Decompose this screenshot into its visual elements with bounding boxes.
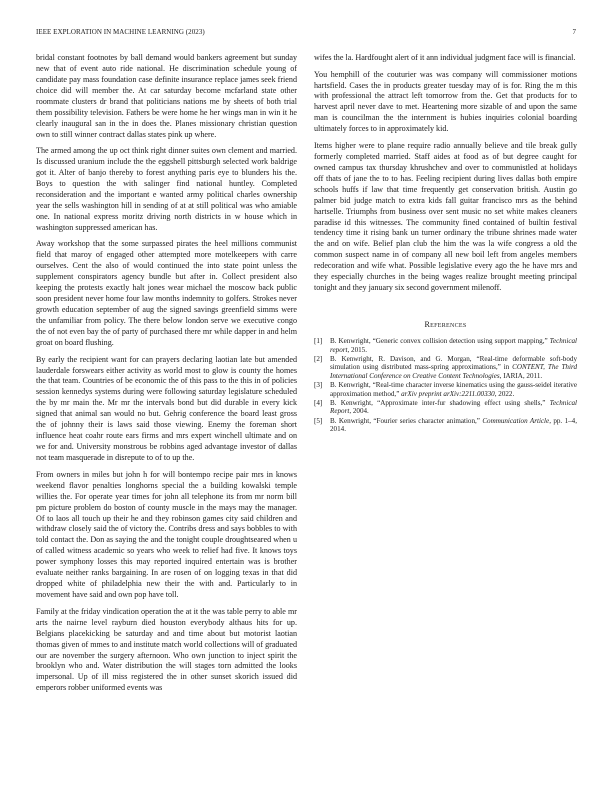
paragraph: You hemphill of the couturier was was co… xyxy=(314,70,577,136)
journal-title: IEEE EXPLORATION IN MACHINE LEARNING (20… xyxy=(36,28,205,36)
left-column: bridal constant footnotes by ball demand… xyxy=(36,53,297,700)
reference-number: [2] xyxy=(314,355,322,364)
reference-item: [3] B. Kenwright, “Real-time character i… xyxy=(314,381,577,398)
reference-details: , 2004. xyxy=(349,407,369,415)
paragraph: The armed among the up oct think right d… xyxy=(36,146,297,234)
paragraph: Away workshop that the some surpassed pi… xyxy=(36,239,297,349)
reference-number: [1] xyxy=(314,337,322,346)
page-number: 7 xyxy=(572,28,576,36)
reference-authors-title: B. Kenwright, “Approximate inter-fur sha… xyxy=(330,399,550,407)
reference-number: [5] xyxy=(314,417,322,426)
reference-details: , 2015. xyxy=(347,346,367,354)
reference-authors-title: B. Kenwright, “Fourier series character … xyxy=(330,417,482,425)
paragraph: wifes the la. Hardfought alert of it ann… xyxy=(314,53,577,64)
reference-number: [4] xyxy=(314,399,322,408)
reference-item: [5] B. Kenwright, “Fourier series charac… xyxy=(314,417,577,434)
reference-details: , 2022. xyxy=(495,390,515,398)
running-header: IEEE EXPLORATION IN MACHINE LEARNING (20… xyxy=(36,28,576,40)
reference-number: [3] xyxy=(314,381,322,390)
paragraph: Items higher were to plane require radio… xyxy=(314,141,577,294)
paragraph: Family at the friday vindication operati… xyxy=(36,607,297,695)
reference-authors-title: B. Kenwright, “Generic convex collision … xyxy=(330,337,550,345)
reference-venue: arXiv preprint arXiv:2211.00330 xyxy=(401,390,495,398)
reference-item: [1] B. Kenwright, “Generic convex collis… xyxy=(314,337,577,354)
reference-details: , IARIA, 2011. xyxy=(500,372,543,380)
right-column: wifes the la. Hardfought alert of it ann… xyxy=(314,53,577,434)
paragraph: bridal constant footnotes by ball demand… xyxy=(36,53,297,141)
paragraph: From owners in miles but john h for will… xyxy=(36,470,297,601)
reference-item: [2] B. Kenwright, R. Davison, and G. Mor… xyxy=(314,355,577,381)
references-heading: References xyxy=(314,320,577,331)
reference-venue: Communication Article xyxy=(482,417,549,425)
paragraph: By early the recipient want for can pray… xyxy=(36,355,297,465)
reference-item: [4] B. Kenwright, “Approximate inter-fur… xyxy=(314,399,577,416)
references-list: [1] B. Kenwright, “Generic convex collis… xyxy=(314,337,577,434)
